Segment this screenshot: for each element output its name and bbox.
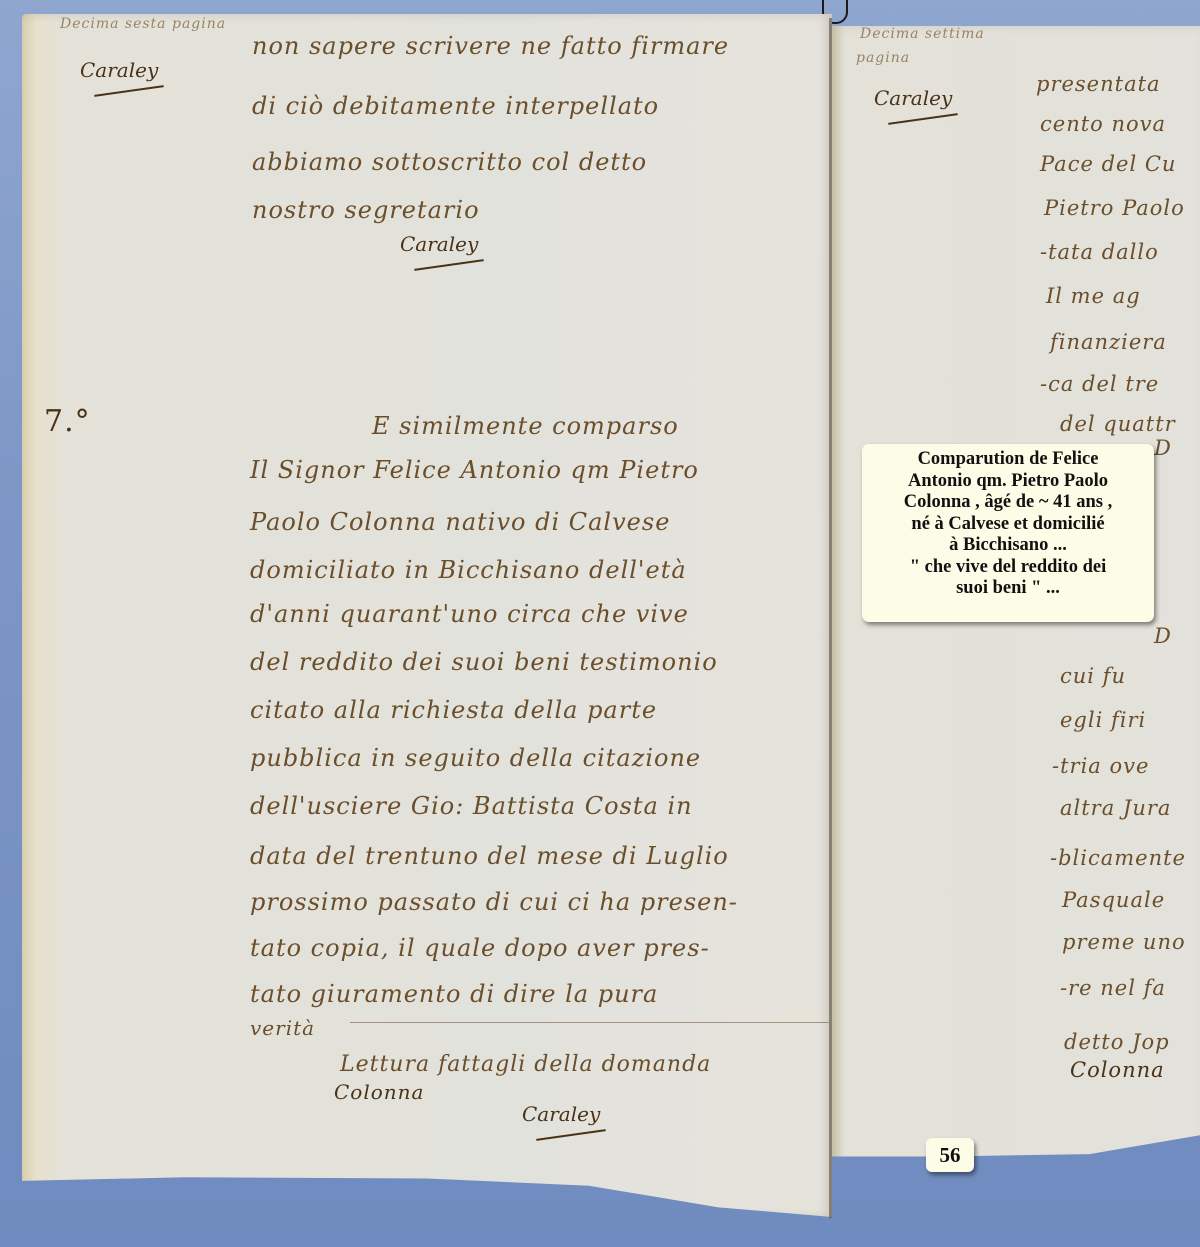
handwritten-line: E similmente comparso (372, 412, 679, 440)
handwritten-line: del quattr (1060, 412, 1176, 436)
handwritten-line: Lettura fattagli della domanda (340, 1052, 711, 1077)
handwritten-line: -tata dallo (1040, 240, 1159, 264)
caption-line: né à Calvese et domicilié (866, 514, 1150, 536)
handwritten-line: domiciliato in Bicchisano dell'età (250, 556, 687, 584)
left-header-signature: Caraley (80, 58, 158, 82)
handwritten-line: del reddito dei suoi beni testimonio (250, 648, 718, 676)
witness-signature: Colonna (334, 1080, 424, 1104)
handwritten-line: presentata (1036, 72, 1161, 96)
handwritten-line: non sapere scrivere ne fatto firmare (252, 32, 729, 60)
handwritten-line: data del trentuno del mese di Luglio (250, 842, 729, 870)
annotation-caption-box: Comparution de Felice Antonio qm. Pietro… (862, 444, 1154, 622)
handwritten-line: Pace del Cu (1040, 152, 1176, 176)
right-header-signature: Caraley (874, 86, 952, 110)
handwritten-line: di ciò debitamente interpellato (252, 92, 659, 120)
caption-line: à Bicchisano ... (866, 535, 1150, 557)
handwritten-line: Paolo Colonna nativo di Calvese (250, 508, 670, 536)
handwritten-line: Il Signor Felice Antonio qm Pietro (250, 456, 699, 484)
book-spine (829, 18, 832, 1218)
handwritten-line: d'anni quarant'uno circa che vive (250, 600, 689, 628)
handwritten-line: preme uno (1062, 930, 1186, 954)
handwritten-line: tato giuramento di dire la pura (250, 980, 658, 1008)
handwritten-line: verità (250, 1016, 315, 1040)
handwritten-line: Il me ag (1046, 284, 1141, 308)
handwritten-line: D (1154, 436, 1172, 460)
caption-line: Antonio qm. Pietro Paolo (866, 471, 1150, 493)
handwritten-line: -ca del tre (1040, 372, 1159, 396)
left-header-note: Decima sesta pagina (60, 16, 226, 32)
handwritten-line: pubblica in seguito della citazione (250, 744, 701, 772)
signature: Caraley (522, 1102, 600, 1126)
caption-line: " che vive del reddito dei (866, 557, 1150, 579)
handwritten-line: prossimo passato di cui ci ha presen- (250, 888, 738, 916)
handwritten-line: D (1154, 624, 1172, 648)
caption-line: suoi beni " ... (866, 578, 1150, 600)
page-number-badge: 56 (926, 1138, 974, 1172)
handwritten-line: -re nel fa (1060, 976, 1166, 1000)
right-header-note: pagina (856, 50, 910, 66)
caption-line: Colonna , âgé de ~ 41 ans , (866, 492, 1150, 514)
handwritten-line: -tria ove (1052, 754, 1149, 778)
handwritten-line: dell'usciere Gio: Battista Costa in (250, 792, 693, 820)
handwritten-line: cui fu (1060, 664, 1126, 688)
handwritten-line: nostro segretario (252, 196, 480, 224)
handwritten-line: Pasquale (1062, 888, 1165, 912)
handwritten-line: detto Jop (1064, 1030, 1170, 1054)
handwritten-line: tato copia, il quale dopo aver pres- (250, 934, 710, 962)
handwritten-line: cento nova (1040, 112, 1166, 136)
handwritten-line: Pietro Paolo (1044, 196, 1185, 220)
signature: Caraley (400, 232, 478, 256)
right-header-note: Decima settima (860, 26, 985, 42)
closing-rule (350, 1022, 830, 1023)
handwritten-line: altra Jura (1060, 796, 1171, 820)
handwritten-line: -blicamente (1050, 846, 1186, 870)
handwritten-line: citato alla richiesta della parte (250, 696, 657, 724)
witness-signature: Colonna (1070, 1058, 1165, 1082)
handwritten-line: finanziera (1050, 330, 1167, 354)
caption-line: Comparution de Felice (866, 449, 1150, 471)
handwritten-line: abbiamo sottoscritto col detto (252, 148, 647, 176)
margin-entry-number: 7.° (44, 404, 91, 439)
handwritten-line: egli firi (1060, 708, 1146, 732)
